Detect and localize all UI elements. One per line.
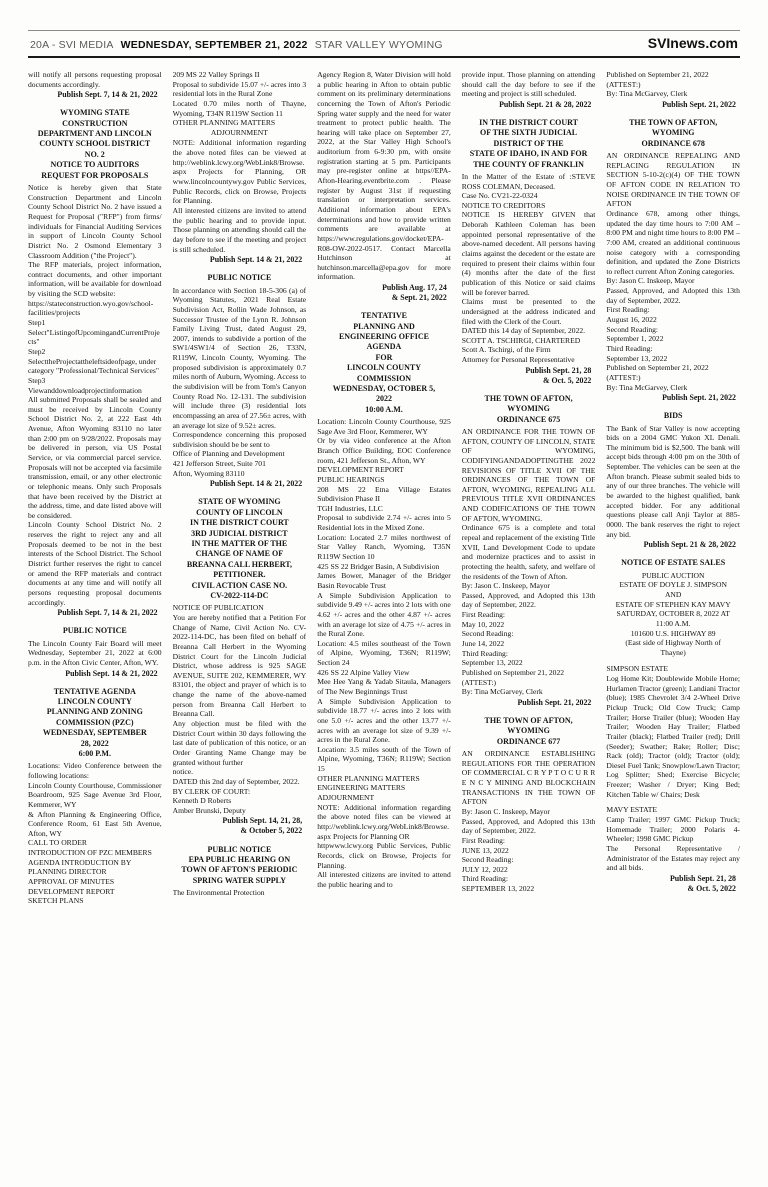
notice-paragraph: will notify all persons requesting propo… [28,70,162,89]
notice-paragraph: DATED this 14 day of September, 2022. [462,326,596,336]
notice-lines: OTHER PLANNING MATTERS ENGINEERING MATTE… [317,774,451,803]
publish-line: Publish Sept. 14 & 21, 2022 [28,669,158,679]
notice-lines: First Reading: JUNE 13, 2022 Second Read… [462,836,596,894]
notice-lines: MAVY ESTATE [606,805,740,815]
publish-line: Publish Sept. 7, 14 & 21, 2022 [28,90,158,100]
notice-paragraph: All interested citizens are invited to a… [317,870,451,889]
notice-paragraph: Claims must be presented to the undersig… [462,297,596,326]
notice-paragraph: Lincoln County School District No. 2 res… [28,520,162,607]
notice-heading: PUBLIC NOTICE [32,626,158,636]
publish-line: Publish Sept. 21 & 28, 2022 [606,540,736,550]
page-label: 20A - SVI MEDIA [30,39,114,51]
publish-line: Publish Sept. 21 & 28, 2022 [462,100,592,110]
notice-lines: By: Jason C. Inskeep, Mayor [606,276,740,286]
notice-lines: By: Jason C. Inskeep, Mayor [462,581,596,591]
notice-paragraph: Lincoln County Courthouse, Commissioner … [28,781,162,810]
notice-heading: TENTATIVE PLANNING AND ENGINEERING OFFIC… [321,311,447,415]
notice-paragraph: AN ORDINANCE FOR THE TOWN OF AFTON, COUN… [462,427,596,523]
publish-line: Publish Sept. 21, 28 & Oct. 5, 2022 [462,366,592,386]
notice-lines: 426 SS 22 Alpine Valley View [317,668,451,678]
notice-heading: PUBLIC NOTICE [177,273,303,283]
notice-paragraph: All interested citizens are invited to a… [173,206,307,254]
notice-paragraph: You are hereby notified that a Petition … [173,613,307,719]
notice-paragraph: Locations: Video Conference between the … [28,761,162,780]
notice-paragraph: httpwww.lcwy.org Public Services, Public… [317,841,451,870]
notice-paragraph: Passed, Approved, and Adopted this 13th … [606,286,740,305]
notice-lines: OTHER PLANNING MATTERS [173,118,307,128]
notice-heading: THE TOWN OF AFTON, WYOMING ORDINANCE 675 [466,394,592,425]
notice-lines: notice. DATED this 2nd day of September,… [173,767,307,815]
notice-paragraph: James Bower, Manager of the Bridger Basi… [317,571,451,590]
notice-paragraph: The RFP materials, project information, … [28,260,162,299]
masthead-left: 20A - SVI MEDIA WEDNESDAY, SEPTEMBER 21,… [30,39,447,51]
notice-lines: DEVELOPMENT REPORT PUBLIC HEARINGS [317,465,451,484]
notice-centered-lines: PUBLIC AUCTION ESTATE OF DOYLE J. SIMPSO… [608,571,738,658]
notice-paragraph: 208 MS 22 Etna Village Estates Subdivisi… [317,485,451,504]
notice-centered-lines: ADJOURNMENT [175,128,305,138]
publish-line: Publish Sept. 21, 28 & Oct. 5, 2022 [606,874,736,894]
notice-paragraph: & Afton Planning & Engineering Office, C… [28,810,162,839]
notice-paragraph: Correspondence concerning this proposed … [173,430,307,449]
notice-paragraph: NOTE: Additional information regarding t… [317,803,451,842]
notice-heading: THE TOWN OF AFTON, WYOMING ORDINANCE 678 [610,118,736,149]
notice-paragraph: The Bank of Star Valley is now accepting… [606,424,740,540]
notice-paragraph: Passed, Approved, and Adopted this 13th … [462,817,596,836]
notice-lines: CALL TO ORDER INTRODUCTION OF PZC MEMBER… [28,838,162,905]
columns: will notify all persons requesting propo… [0,58,768,1168]
notice-paragraph: Proposal to subdivide 2.74 +/- acres int… [317,513,451,532]
publish-line: Publish Aug. 17, 24 & Sept. 21, 2022 [317,283,447,303]
notice-paragraph: Ordinance 675 is a complete and total re… [462,523,596,581]
notice-lines: SIMPSON ESTATE [606,664,740,674]
publish-line: Publish Sept. 21, 2022 [606,100,736,110]
notice-paragraph: AN ORDINANCE ESTABLISHING REGULATIONS FO… [462,749,596,807]
notice-heading: IN THE DISTRICT COURT OF THE SIXTH JUDIC… [466,118,592,170]
notice-paragraph: Location: 3.5 miles south of the Town of… [317,745,451,774]
notice-heading: TENTATIVE AGENDA LINCOLN COUNTY PLANNING… [32,687,158,760]
column-5: Published on September 21, 2022 (ATTEST:… [606,70,740,1162]
notice-lines: First Reading: May 10, 2022 Second Readi… [462,610,596,697]
notice-lines: Office of Planning and Development 421 J… [173,449,307,478]
publish-line: Publish Sept. 14 & 21, 2022 [173,255,303,265]
publish-line: Publish Sept. 14, 21, 28, & October 5, 2… [173,816,303,836]
notice-lines: By: Jason C. Inskeep, Mayor [462,807,596,817]
masthead: 20A - SVI MEDIA WEDNESDAY, SEPTEMBER 21,… [28,30,740,58]
site-name: SVInews.com [648,35,738,51]
notice-paragraph: 425 SS 22 Bridger Basin, A Subdivision [317,562,451,572]
notice-heading: BIDS [610,411,736,421]
notice-paragraph: Any objection must be filed with the Dis… [173,719,307,767]
notice-paragraph: Or by via video conference at the Afton … [317,436,451,465]
notice-lines: https://stateconstruction.wyo.gov/school… [28,299,162,395]
notice-lines: Published on September 21, 2022 (ATTEST:… [606,70,740,99]
notice-paragraph: The Environmental Protection [173,888,307,898]
column-3: Agency Region 8, Water Division will hol… [317,70,451,1162]
notice-paragraph: In accordance with Section 18-5-306 (a) … [173,286,307,431]
notice-paragraph: Camp Trailer; 1997 GMC Pickup Truck; Hom… [606,815,740,844]
publish-line: Publish Sept. 14 & 21, 2022 [173,479,303,489]
column-4: provide input. Those planning on attendi… [462,70,596,1162]
notice-paragraph: Proposal to subdivide 15.07 +/- acres in… [173,80,307,99]
notice-lines: Scott A. Tschirgi, of the Firm [462,345,596,355]
notice-heading: THE TOWN OF AFTON, WYOMING ORDINANCE 677 [466,716,592,747]
notice-lines: NOTICE OF PUBLICATION [173,603,307,613]
notice-paragraph: The Lincoln County Fair Board will meet … [28,639,162,668]
notice-paragraph: Mee Hee Yang & Yadab Sitaula, Managers o… [317,677,451,696]
notice-lines: TGH Industries, LLC [317,504,451,514]
notice-paragraph: SCOTT A. TSCHIRGI, CHARTERED [462,336,596,346]
notice-paragraph: A Simple Subdivision Application to subd… [317,697,451,745]
notice-paragraph: NOTE: Additional information regarding t… [173,138,307,205]
notice-paragraph: Ordinance 678, among other things, updat… [606,209,740,276]
notice-heading: NOTICE OF ESTATE SALES [610,558,736,568]
notice-paragraph: Location: Located 2.7 miles northwest of… [317,533,451,562]
notice-paragraph: The Personal Representative / Administra… [606,844,740,873]
notice-lines: Case No. CV21-22-0324 NOTICE TO CREDITOR… [462,191,596,210]
notice-paragraph: In the Matter of the Estate of :STEVE RO… [462,172,596,191]
publish-line: Publish Sept. 7, 14 & 21, 2022 [28,608,158,618]
notice-paragraph: Notice is hereby given that State Constr… [28,183,162,260]
notice-lines: 209 MS 22 Valley Springs II [173,70,307,80]
publish-line: Publish Sept. 21, 2022 [606,393,736,403]
notice-paragraph: Log Home Kit; Doublewide Mobile Home; Hu… [606,674,740,799]
column-1: will notify all persons requesting propo… [28,70,162,1162]
notice-paragraph: A Simple Subdivision Application to subd… [317,591,451,639]
notice-paragraph: provide input. Those planning on attendi… [462,70,596,99]
notice-paragraph: NOTICE IS HEREBY GIVEN that Deborah Kath… [462,210,596,297]
notice-paragraph: All submitted Proposals shall be sealed … [28,395,162,520]
notice-heading: STATE OF WYOMING COUNTY OF LINCOLN IN TH… [177,497,303,601]
notice-paragraph: AN ORDINANCE REPEALING AND REPLACING REG… [606,151,740,209]
notice-paragraph: Passed, Approved, and Adopted this 13th … [462,591,596,610]
issue-date: WEDNESDAY, SEPTEMBER 21, 2022 [121,39,308,51]
notice-paragraph: Located 0.70 miles north of Thayne, Wyom… [173,99,307,118]
notice-paragraph: Location: 4.5 miles southeast of the Tow… [317,639,451,668]
notice-heading: PUBLIC NOTICE EPA PUBLIC HEARING ON TOWN… [177,845,303,887]
notice-lines: First Reading: August 16, 2022 Second Re… [606,305,740,392]
notice-paragraph: Attorney for Personal Representative [462,355,596,365]
column-2: 209 MS 22 Valley Springs IIProposal to s… [173,70,307,1162]
newspaper-page: 20A - SVI MEDIA WEDNESDAY, SEPTEMBER 21,… [0,0,768,1187]
notice-paragraph: Agency Region 8, Water Division will hol… [317,70,451,282]
publish-line: Publish Sept. 21, 2022 [462,698,592,708]
notice-heading: WYOMING STATE CONSTRUCTION DEPARTMENT AN… [32,108,158,181]
notice-paragraph: Location: Lincoln County Courthouse, 925… [317,417,451,436]
region-label: STAR VALLEY WYOMING [315,39,443,51]
